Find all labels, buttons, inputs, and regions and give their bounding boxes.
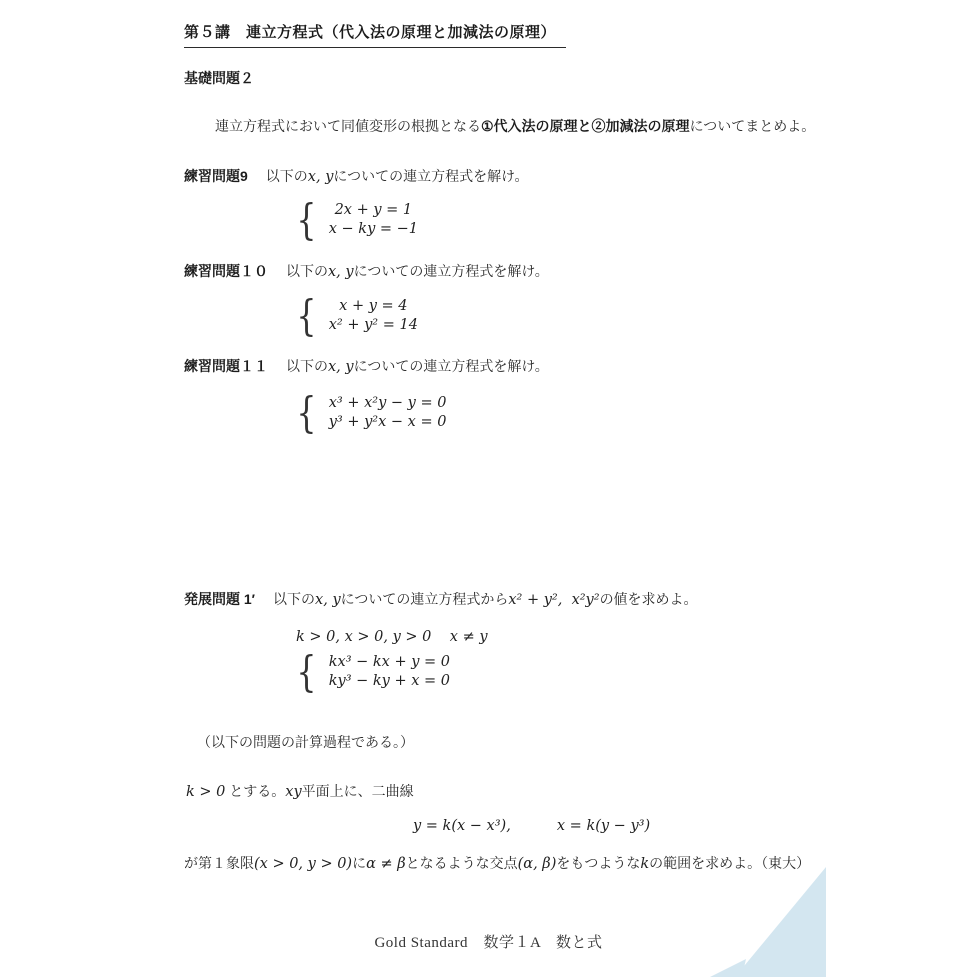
problem-label: 練習問題１０ (184, 261, 268, 281)
system-brace: { (296, 652, 316, 692)
question-text-4: をもつような (556, 855, 640, 871)
advanced-conditions: k > 0, x > 0, y > 0 x ≠ y (296, 629, 488, 645)
equation-system-9: { 2x + y = 1 x − ky = −1 (293, 199, 418, 241)
equation-system-10: { x + y = 4 x² + y² = 14 (293, 295, 418, 337)
equation-system-advanced: { kx³ − kx + y = 0 ky³ − ky + x = 0 (293, 651, 450, 693)
equation-line: x³ + x²y − y = 0 (329, 394, 447, 413)
curves-equation: y = k(x − x³), x = k(y − y³) (413, 818, 650, 834)
problem-text-pre: 以下の (286, 358, 328, 374)
intro-paragraph: 連立方程式において同値変形の根拠となる①代入法の原理と②加減法の原理についてまと… (215, 116, 815, 136)
corner-decoration-triangle (690, 855, 977, 977)
problem-text-mid: についての連立方程式から (341, 591, 509, 607)
problem-vars: x, y (328, 264, 354, 280)
setup-text-2: 平面上に、二曲線 (302, 783, 414, 799)
problem-vars: x, y (308, 169, 334, 185)
setup-math-xy: xy (285, 784, 301, 800)
problem-text-pre: 以下の (273, 591, 315, 607)
intro-pre: 連立方程式において同値変形の根拠となる (215, 118, 481, 134)
problem-text-post: の値を求めよ。 (600, 591, 698, 607)
equation-line: x − ky = −1 (329, 220, 418, 239)
advanced-problem-statement: 発展問題 1′ 以下のx, yについての連立方程式からx² + y², x²y²… (184, 589, 698, 609)
system-brace: { (296, 200, 316, 240)
problem-vars: x, y (315, 592, 341, 608)
question-math-2: α ≠ β (366, 856, 406, 872)
question-text-1: が第１象限 (184, 855, 254, 871)
worksheet-page: 第５講 連立方程式（代入法の原理と加減法の原理） 基礎問題２ 連立方程式において… (0, 0, 977, 977)
intro-post: についてまとめよ。 (690, 118, 816, 134)
question-math-1: (x > 0, y > 0) (254, 856, 352, 872)
setup-math-k: k > 0 (186, 784, 225, 800)
problem-math-targets: x² + y², x²y² (508, 592, 599, 608)
equation-line: kx³ − kx + y = 0 (329, 653, 450, 672)
equation-line: ky³ − ky + x = 0 (329, 672, 450, 691)
system-brace: { (296, 296, 316, 336)
equation-line: y³ + y²x − x = 0 (329, 413, 447, 432)
problem-text: 以下のx, yについての連立方程式を解け。 (286, 356, 549, 376)
problem-text-post: についての連立方程式を解け。 (333, 168, 528, 184)
question-math-3: (α, β) (518, 856, 557, 872)
problem-vars: x, y (328, 359, 354, 375)
problem-10-statement: 練習問題１０ 以下のx, yについての連立方程式を解け。 (184, 261, 549, 281)
equation-line: 2x + y = 1 (329, 201, 418, 220)
problem-text-post: についての連立方程式を解け。 (354, 263, 549, 279)
system-brace: { (296, 393, 316, 433)
setup-line: k > 0 とする。xy平面上に、二曲線 (186, 781, 414, 801)
corner-triangle-sliver (710, 959, 746, 977)
equation-system-11: { x³ + x²y − y = 0 y³ + y²x − x = 0 (293, 392, 446, 434)
problem-text-pre: 以下の (286, 263, 328, 279)
equation-line: x² + y² = 14 (329, 316, 418, 335)
problem-text: 以下のx, yについての連立方程式を解け。 (286, 261, 549, 281)
corner-triangle-main (735, 867, 826, 977)
section-heading: 基礎問題２ (184, 68, 254, 88)
problem-text: 以下のx, yについての連立方程式を解け。 (266, 166, 529, 186)
setup-text-1: とする。 (225, 783, 285, 799)
problem-text-post: についての連立方程式を解け。 (354, 358, 549, 374)
problem-label: 発展問題 1′ (184, 589, 255, 609)
question-math-4: k (640, 856, 649, 872)
equation-line: x + y = 4 (329, 297, 418, 316)
problem-label: 練習問題9 (184, 166, 248, 186)
calculation-note: （以下の問題の計算過程である。） (197, 732, 414, 752)
problem-11-statement: 練習問題１１ 以下のx, yについての連立方程式を解け。 (184, 356, 549, 376)
intro-bold: ①代入法の原理と②加減法の原理 (481, 118, 690, 134)
problem-text: 以下のx, yについての連立方程式からx² + y², x²y²の値を求めよ。 (273, 589, 698, 609)
question-text-3: となるような交点 (406, 855, 518, 871)
problem-9-statement: 練習問題9 以下のx, yについての連立方程式を解け。 (184, 166, 529, 186)
page-title: 第５講 連立方程式（代入法の原理と加減法の原理） (184, 21, 566, 48)
problem-text-pre: 以下の (266, 168, 308, 184)
problem-label: 練習問題１１ (184, 356, 268, 376)
question-text-2: に (352, 855, 366, 871)
